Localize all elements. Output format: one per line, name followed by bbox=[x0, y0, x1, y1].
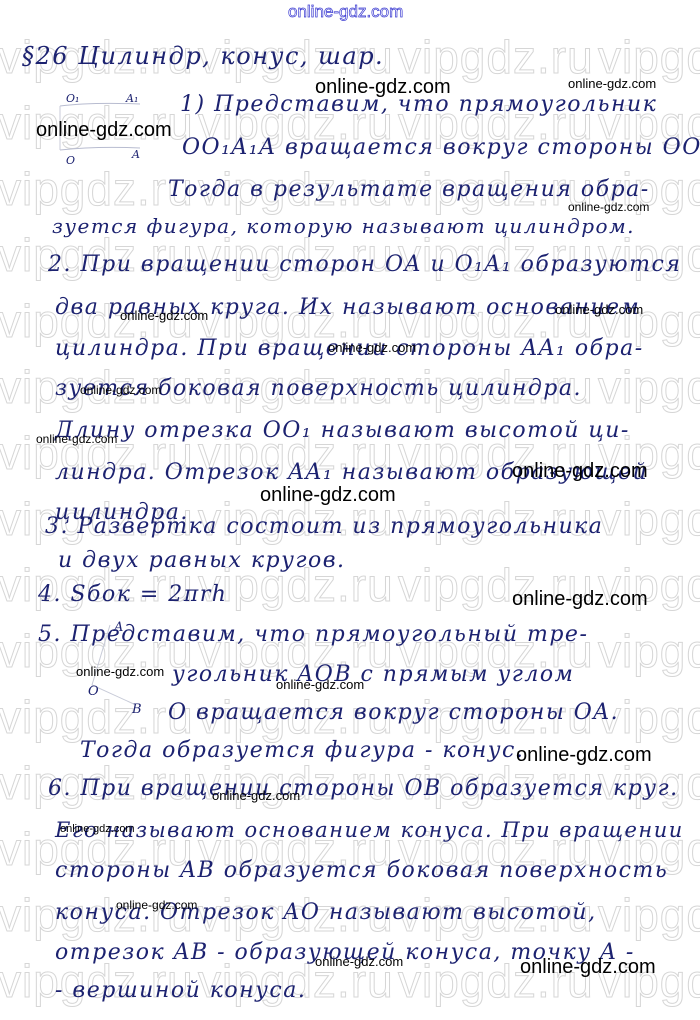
watermark: online-gdz.com bbox=[568, 76, 656, 91]
watermark: online-gdz.com bbox=[212, 788, 300, 803]
text-line: и двух равных кругов. bbox=[58, 548, 346, 573]
watermark: online-gdz.com bbox=[520, 956, 656, 979]
label-a1: A₁ bbox=[125, 92, 138, 105]
watermark: online-gdz.com bbox=[260, 484, 396, 507]
text-line: - вершиной конуса. bbox=[55, 978, 306, 1003]
watermark: online-gdz.com bbox=[276, 677, 364, 692]
vipgdz-watermark: vipgdz.ru bbox=[598, 888, 700, 942]
text-line: 3. Развертка состоит из прямоугольника bbox=[45, 514, 603, 539]
text-line: угольник AOB с прямым углом bbox=[172, 662, 574, 687]
text-line: 6. При вращении стороны OB образуется кр… bbox=[48, 776, 679, 801]
watermark: online-gdz.com bbox=[60, 823, 135, 835]
text-line: Длину отрезка OO₁ называют высотой ци- bbox=[55, 418, 630, 443]
watermark: online-gdz.com bbox=[36, 432, 117, 446]
vipgdz-watermark: vipgdz.ru bbox=[598, 492, 700, 546]
watermark: online-gdz.com bbox=[315, 954, 403, 969]
page-title: §26 Цилиндр, конус, шар. bbox=[22, 42, 384, 70]
watermark: online-gdz.com bbox=[80, 383, 161, 397]
vipgdz-watermark: vipgdz.ru bbox=[0, 162, 194, 216]
text-line: OO₁A₁A вращается вокруг стороны OO₁. bbox=[182, 135, 700, 160]
watermark: online-gdz.com bbox=[555, 302, 643, 317]
text-line: Его называют основанием конуса. При вращ… bbox=[55, 818, 684, 842]
watermark: online-gdz.com bbox=[120, 308, 208, 323]
text-line: Тогда в результате вращения обра- bbox=[168, 177, 650, 202]
text-line: зуется фигура, которую называют цилиндро… bbox=[52, 214, 635, 238]
watermark: online-gdz.com bbox=[328, 340, 416, 355]
label-tri-b: B bbox=[131, 702, 142, 715]
triangle-sketch: A O B bbox=[70, 605, 160, 715]
label-o: O bbox=[66, 154, 75, 167]
vipgdz-watermark: vipgdz.ru bbox=[598, 624, 700, 678]
watermark: online-gdz.com bbox=[116, 898, 197, 912]
formula-line: 4. Sбок = 2πrh bbox=[38, 582, 227, 607]
top-watermark: online-gdz.com bbox=[288, 2, 403, 22]
label-o1: O₁ bbox=[66, 92, 79, 105]
watermark: online-gdz.com bbox=[76, 664, 164, 679]
watermark: online-gdz.com bbox=[512, 588, 648, 611]
label-a: A bbox=[131, 148, 140, 161]
text-line: стороны AB образуется боковая поверхност… bbox=[55, 858, 668, 883]
watermark: online-gdz.com bbox=[512, 460, 648, 483]
label-tri-a: A bbox=[113, 620, 123, 635]
watermark: online-gdz.com bbox=[516, 744, 652, 767]
text-line: Тогда образуется фигура - конус. bbox=[80, 738, 524, 763]
watermark: online-gdz.com bbox=[36, 119, 172, 142]
watermark: online-gdz.com bbox=[315, 76, 451, 99]
label-tri-o: O bbox=[88, 684, 99, 699]
text-line: 2. При вращении сторон OA и O₁A₁ образую… bbox=[48, 252, 681, 277]
vipgdz-watermark: vipgdz.ru bbox=[598, 360, 700, 414]
text-line: O вращается вокруг стороны OA. bbox=[168, 700, 619, 725]
watermark: online-gdz.com bbox=[568, 200, 649, 214]
